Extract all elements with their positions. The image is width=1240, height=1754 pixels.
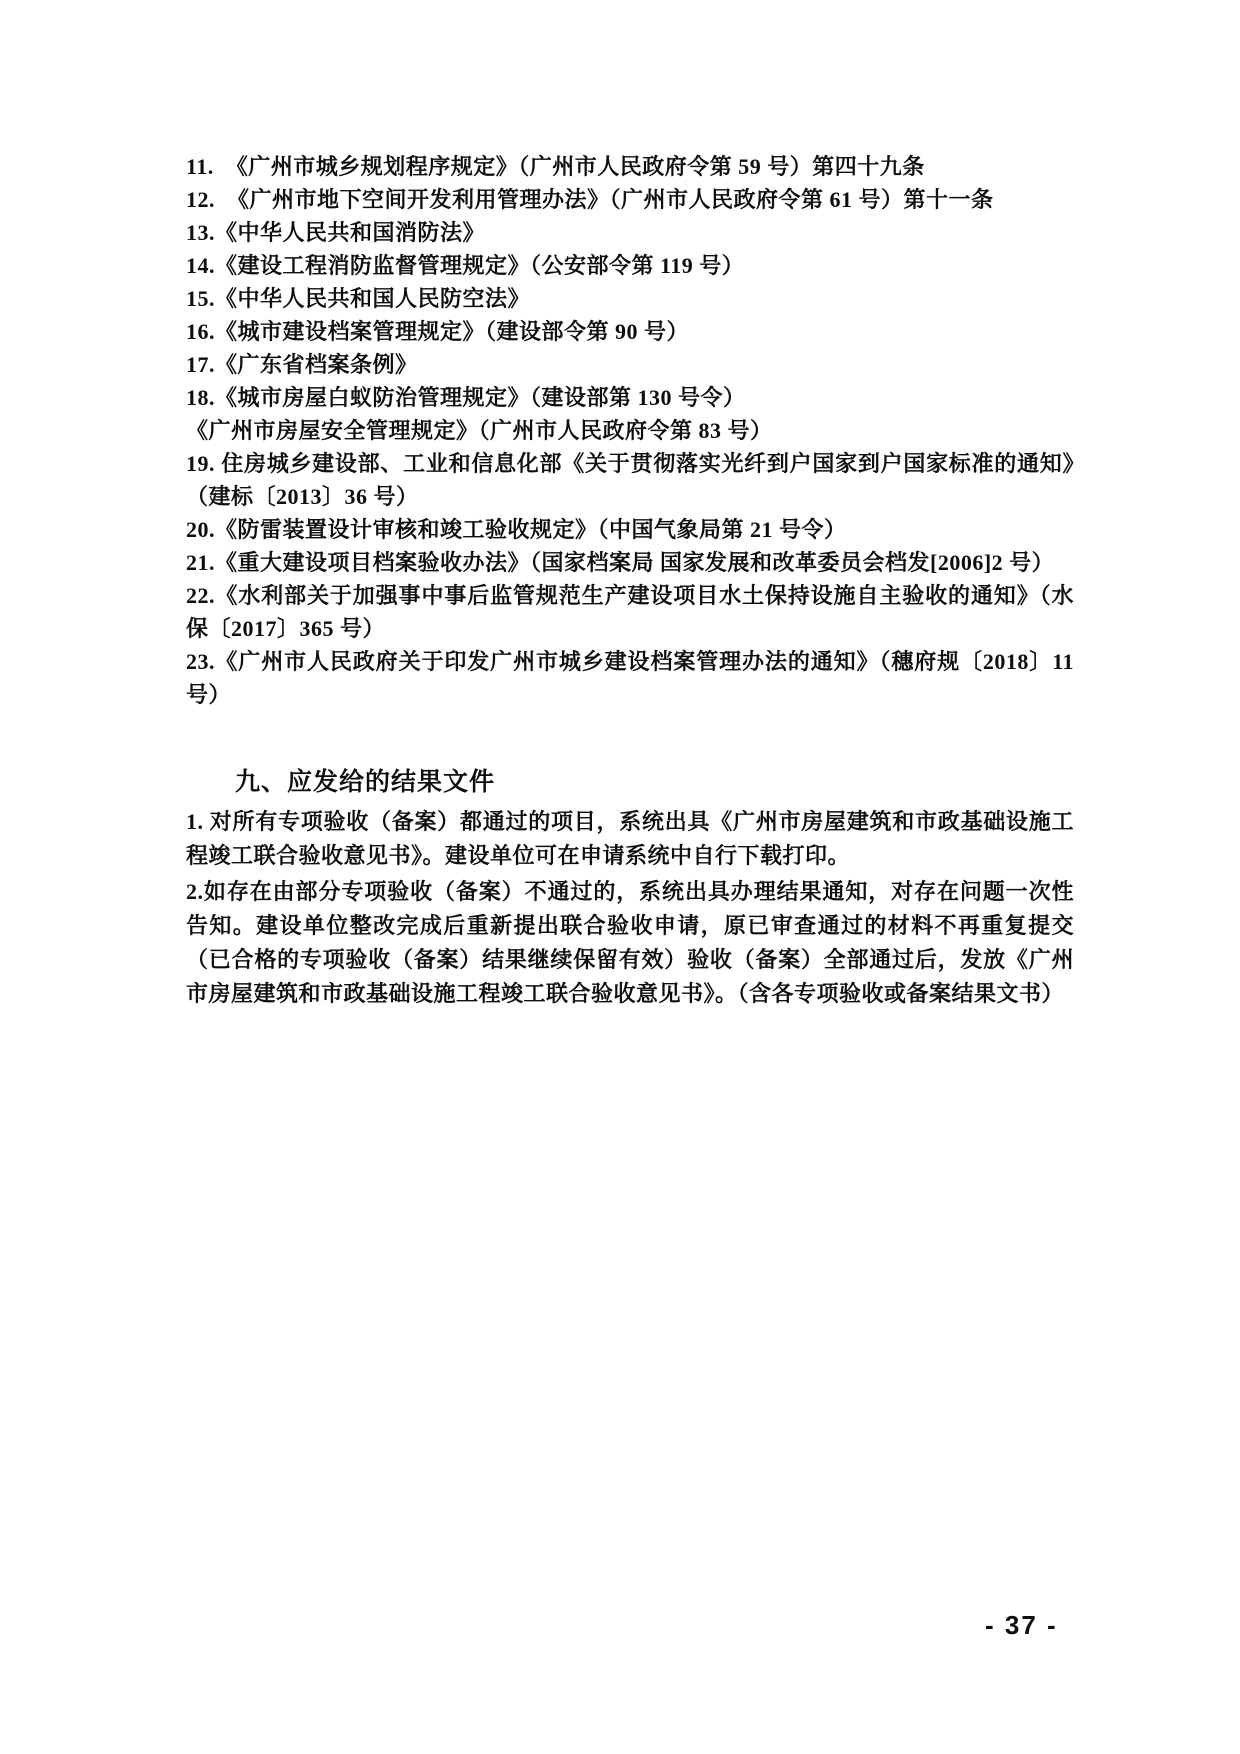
regulation-item-23: 23.《广州市人民政府关于印发广州市城乡建设档案管理办法的通知》（穗府规〔201…	[186, 645, 1074, 711]
section-title: 九、应发给的结果文件	[186, 763, 1074, 803]
regulation-item-22: 22.《水利部关于加强事中事后监管规范生产建设项目水土保持设施自主验收的通知》（…	[186, 579, 1074, 645]
regulation-item-17: 17.《广东省档案条例》	[186, 348, 1074, 381]
regulation-item-unnumbered: 《广州市房屋安全管理规定》（广州市人民政府令第 83 号）	[186, 414, 1074, 447]
regulation-item-15: 15.《中华人民共和国人民防空法》	[186, 282, 1074, 315]
page-content: 11. 《广州市城乡规划程序规定》（广州市人民政府令第 59 号）第四十九条 1…	[186, 150, 1074, 1011]
regulation-item-13: 13.《中华人民共和国消防法》	[186, 216, 1074, 249]
regulation-list: 11. 《广州市城乡规划程序规定》（广州市人民政府令第 59 号）第四十九条 1…	[186, 150, 1074, 711]
regulation-item-16: 16.《城市建设档案管理规定》（建设部令第 90 号）	[186, 315, 1074, 348]
regulation-item-19: 19. 住房城乡建设部、工业和信息化部《关于贯彻落实光纤到户国家到户国家标准的通…	[186, 447, 1074, 513]
result-paragraph-1: 1. 对所有专项验收（备案）都通过的项目，系统出具《广州市房屋建筑和市政基础设施…	[186, 805, 1074, 873]
result-paragraph-2: 2.如存在由部分专项验收（备案）不通过的，系统出具办理结果通知，对存在问题一次性…	[186, 875, 1074, 1011]
regulation-item-12: 12. 《广州市地下空间开发利用管理办法》（广州市人民政府令第 61 号）第十一…	[186, 183, 1074, 216]
regulation-item-18: 18.《城市房屋白蚁防治管理规定》（建设部第 130 号令）	[186, 381, 1074, 414]
regulation-item-11: 11. 《广州市城乡规划程序规定》（广州市人民政府令第 59 号）第四十九条	[186, 150, 1074, 183]
regulation-item-21: 21.《重大建设项目档案验收办法》（国家档案局 国家发展和改革委员会档发[200…	[186, 546, 1074, 579]
regulation-item-14: 14.《建设工程消防监督管理规定》（公安部令第 119 号）	[186, 249, 1074, 282]
page-number: - 37 -	[985, 1610, 1058, 1641]
regulation-item-20: 20.《防雷装置设计审核和竣工验收规定》（中国气象局第 21 号令）	[186, 513, 1074, 546]
document-page: 11. 《广州市城乡规划程序规定》（广州市人民政府令第 59 号）第四十九条 1…	[0, 0, 1240, 1754]
